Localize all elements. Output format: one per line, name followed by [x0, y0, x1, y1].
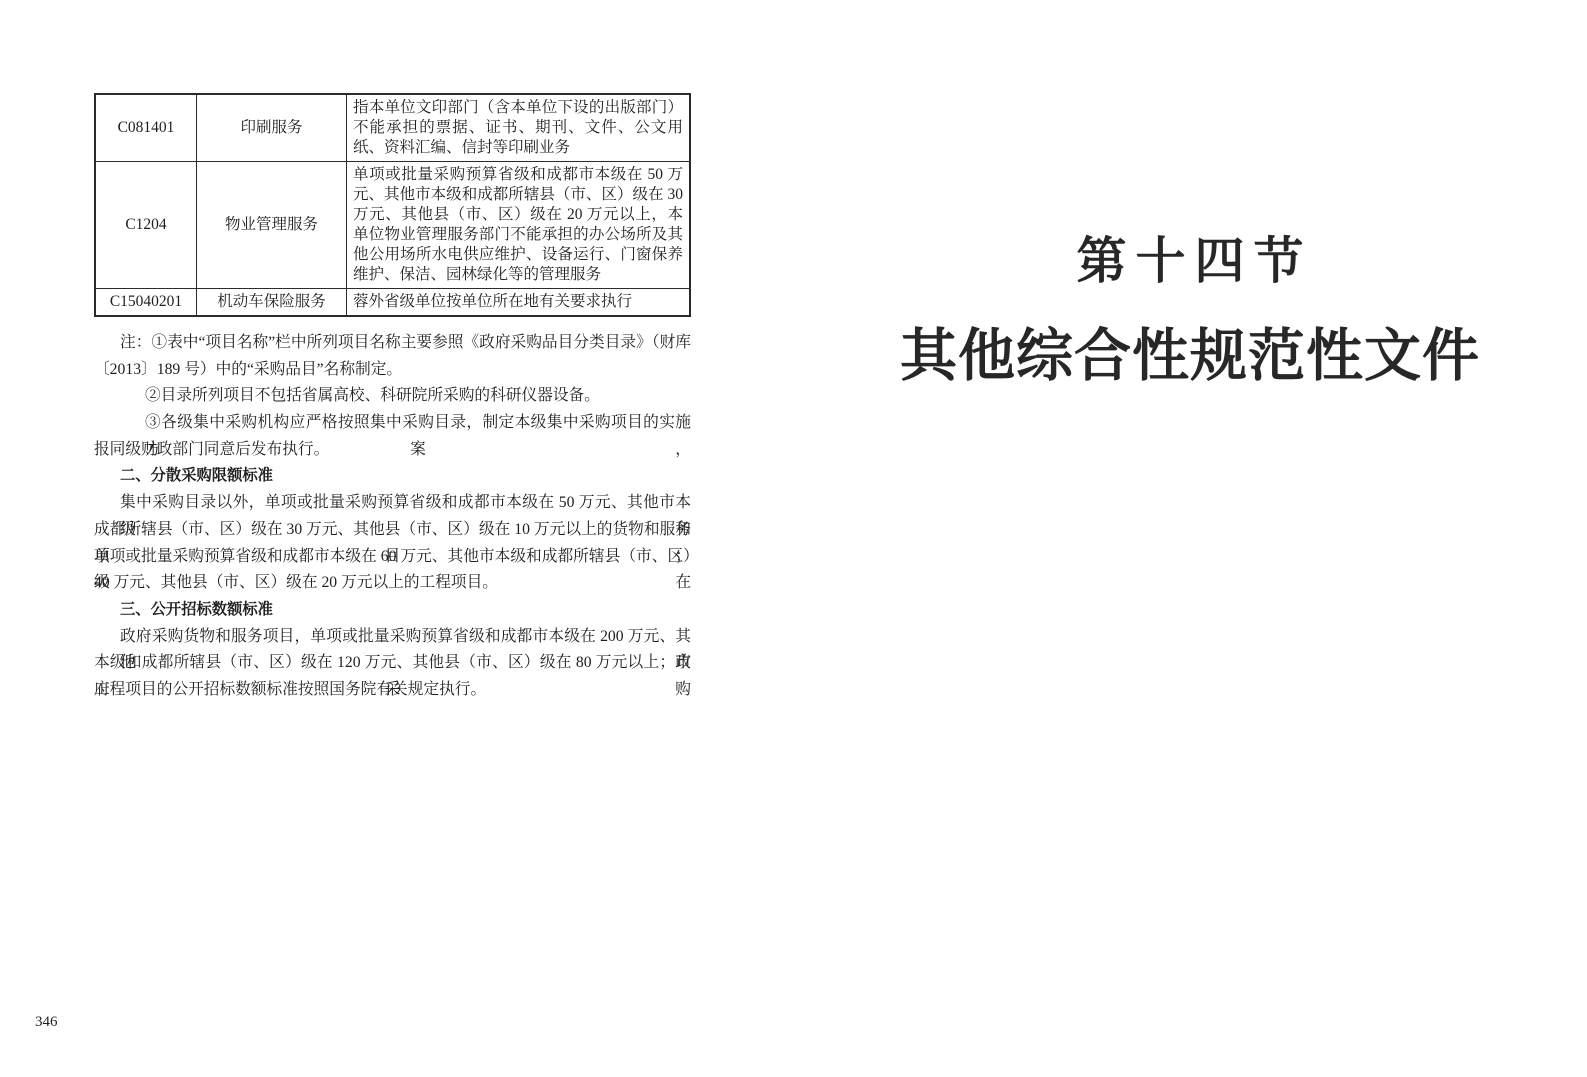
note-line: ③各级集中采购机构应严格按照集中采购目录，制定本级集中采购项目的实施方案，: [94, 410, 691, 437]
item-desc-cell: 蓉外省级单位按单位所在地有关要求执行: [347, 289, 691, 317]
item-code-cell: C15040201: [95, 289, 197, 317]
paragraph-line: 单项或批量采购预算省级和成都市本级在 60 万元、其他市本级和成都所辖县（市、区…: [94, 544, 691, 571]
left-page: C081401 印刷服务 指本单位文印部门（含本单位下设的出版部门）不能承担的票…: [94, 93, 691, 704]
note-line: 注：①表中“项目名称”栏中所列项目名称主要参照《政府采购品目分类目录》（财库: [94, 330, 691, 357]
note-line: 〔2013〕189 号）中的“采购品目”名称制定。: [94, 357, 691, 384]
table-row: C081401 印刷服务 指本单位文印部门（含本单位下设的出版部门）不能承担的票…: [95, 94, 690, 162]
note-line: ②目录所列项目不包括省属高校、科研院所采购的科研仪器设备。: [94, 383, 691, 410]
item-desc-cell: 指本单位文印部门（含本单位下设的出版部门）不能承担的票据、证书、期刊、文件、公文…: [347, 94, 691, 162]
table-row: C15040201 机动车保险服务 蓉外省级单位按单位所在地有关要求执行: [95, 289, 690, 317]
item-name-cell: 物业管理服务: [197, 162, 347, 289]
item-code-cell: C1204: [95, 162, 197, 289]
chapter-title: 其他综合性规范性文件: [793, 326, 1587, 388]
body-text: 注：①表中“项目名称”栏中所列项目名称主要参照《政府采购品目分类目录》（财库 〔…: [94, 330, 691, 704]
section-heading: 三、公开招标数额标准: [94, 597, 691, 624]
item-desc-cell: 单项或批量采购预算省级和成都市本级在 50 万元、其他市本级和成都所辖县（市、区…: [347, 162, 691, 289]
procurement-items-table: C081401 印刷服务 指本单位文印部门（含本单位下设的出版部门）不能承担的票…: [94, 93, 691, 317]
section-heading: 二、分散采购限额标准: [94, 463, 691, 490]
paragraph-line: 本级和成都所辖县（市、区）级在 120 万元、其他县（市、区）级在 80 万元以…: [94, 650, 691, 677]
chapter-section-label: 第十四节: [793, 233, 1587, 289]
paragraph-line: 集中采购目录以外，单项或批量采购预算省级和成都市本级在 50 万元、其他市本级和: [94, 490, 691, 517]
item-name-cell: 印刷服务: [197, 94, 347, 162]
paragraph-line: 政府采购货物和服务项目，单项或批量采购预算省级和成都市本级在 200 万元、其他…: [94, 624, 691, 651]
item-name-cell: 机动车保险服务: [197, 289, 347, 317]
item-code-cell: C081401: [95, 94, 197, 162]
paragraph-line: 成都所辖县（市、区）级在 30 万元、其他县（市、区）级在 10 万元以上的货物…: [94, 517, 691, 544]
table-row: C1204 物业管理服务 单项或批量采购预算省级和成都市本级在 50 万元、其他…: [95, 162, 690, 289]
page-number: 346: [35, 1012, 58, 1032]
